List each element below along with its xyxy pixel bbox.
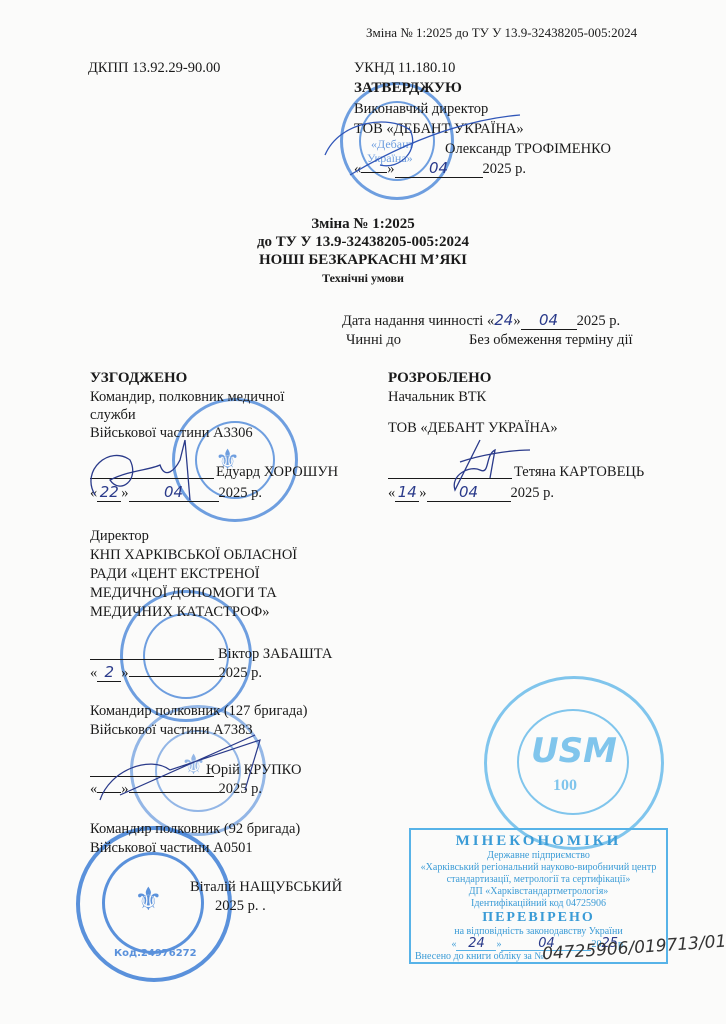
usm-database-stamp: USM 100 bbox=[484, 676, 664, 850]
usm-logo: USM bbox=[531, 731, 617, 771]
usm-number: 100 bbox=[553, 777, 577, 795]
